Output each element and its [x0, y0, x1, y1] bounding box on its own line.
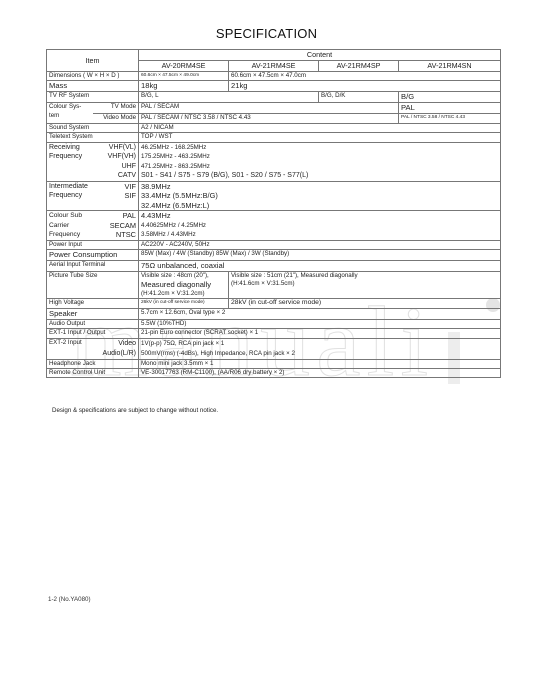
model-header: AV-20RM4SE — [139, 61, 229, 72]
label: Aerial Input Terminal — [47, 261, 139, 272]
row-headphone: Headphone Jack Mono mini jack 3.5mm × 1 — [47, 359, 501, 368]
model-header: AV-21RM4SE — [229, 61, 319, 72]
label: Receiving Frequency — [47, 142, 93, 181]
value: 38.9MHz 33.4MHz (5.5MHz:B/G) 32.4MHz (6.… — [139, 181, 501, 211]
model-header: AV-21RM4SN — [399, 61, 501, 72]
value: 75Ω unbalanced, coaxial — [139, 261, 501, 272]
row-mass: Mass 18kg 21kg — [47, 81, 501, 92]
video-value: 1V(p-p) 75Ω, RCA pin jack × 1 — [141, 339, 498, 349]
label: Mass — [47, 81, 139, 92]
label: Power Consumption — [47, 250, 139, 261]
row-teletext: Teletext System TOP / WST — [47, 133, 501, 142]
sublabel: VIF SIF — [93, 181, 139, 211]
audio-value: 500mV(rms) (-4dBs), High Impedance, RCA … — [141, 349, 498, 359]
value: 28kV (in cut-off service mode) — [229, 299, 501, 308]
label: Picture Tube Size — [47, 272, 139, 299]
sublabel: TV Mode — [93, 103, 139, 114]
freq: 3.58MHz / 4.43MHz — [141, 230, 498, 240]
value: 21kg — [229, 81, 501, 92]
label: Colour Sys-tem — [47, 103, 93, 123]
value: VE-30017763 (RM-C1100), (AA/R06 dry batt… — [139, 368, 501, 377]
model-header: AV-21RM4SP — [319, 61, 399, 72]
label: Audio Output — [47, 319, 139, 328]
band: VHF(VL) — [95, 143, 137, 153]
sif: 32.4MHz (6.5MHz:L) — [141, 201, 498, 211]
line: (H:41.2cm × V:31.2cm) — [141, 290, 226, 298]
disclaimer-note: Design & specifications are subject to c… — [52, 407, 218, 414]
freq: S01 - S41 / S75 - S79 (B/G), S01 - S20 /… — [141, 171, 498, 181]
line: Measured diagonally — [141, 280, 226, 290]
band: UHF — [95, 162, 137, 172]
vif-label: VIF — [95, 182, 137, 192]
header-content: Content — [139, 50, 501, 61]
row-colour-tv: Colour Sys-tem TV Mode PAL / SECAM PAL — [47, 103, 501, 114]
value: PAL / SECAM — [139, 103, 399, 114]
value: TOP / WST — [139, 133, 501, 142]
vif: 38.9MHz — [141, 182, 498, 192]
value: PAL / NTSC 3.58 / NTSC 4.43 — [399, 114, 501, 123]
label: TV RF System — [47, 92, 139, 103]
row-picture-tube: Picture Tube Size Visible size : 48cm (2… — [47, 272, 501, 299]
value: 85W (Max) / 4W (Standby) 85W (Max) / 3W … — [139, 250, 501, 261]
label: Speaker — [47, 308, 139, 319]
header-row: Item Content — [47, 50, 501, 61]
label: High Voltage — [47, 299, 139, 308]
page-footer: 1-2 (No.YA080) — [48, 596, 91, 603]
std: NTSC — [95, 230, 137, 240]
row-sound: Sound System A2 / NICAM — [47, 123, 501, 132]
row-aerial: Aerial Input Terminal 75Ω unbalanced, co… — [47, 261, 501, 272]
label: Headphone Jack — [47, 359, 139, 368]
value: Visible size : 48cm (20"), Measured diag… — [139, 272, 229, 299]
row-intermediate: Intermediate Frequency VIF SIF 38.9MHz 3… — [47, 181, 501, 211]
value: B/G, L — [139, 92, 319, 103]
sif: 33.4MHz (5.5MHz:B/G) — [141, 191, 498, 201]
freq: 4.43MHz — [141, 211, 498, 221]
value: B/G, D/K — [319, 92, 399, 103]
std: PAL — [95, 211, 137, 221]
label: EXT-1 Input / Output — [47, 329, 139, 338]
label: Teletext System — [47, 133, 139, 142]
line: (H:41.6cm × V:31.5cm) — [231, 280, 498, 288]
row-dimensions: Dimensions ( W × H × D ) 60.6cm × 47.5cm… — [47, 72, 501, 81]
row-high-voltage: High Voltage 26kV (in cut-off service mo… — [47, 299, 501, 308]
value: 5.5W (10%THD) — [139, 319, 501, 328]
row-colour-sub: Colour Sub Carrier Frequency PAL SECAM N… — [47, 211, 501, 241]
row-power-consumption: Power Consumption 85W (Max) / 4W (Standb… — [47, 250, 501, 261]
value: 5.7cm × 12.6cm, Oval type × 2 — [139, 308, 501, 319]
sublabel: VHF(VL) VHF(VH) UHF CATV — [93, 142, 139, 181]
label: Intermediate Frequency — [47, 181, 93, 211]
row-ext2: EXT-2 Input Video Audio(L/R) 1V(p-p) 75Ω… — [47, 338, 501, 359]
value: 46.25MHz - 168.25MHz 175.25MHz - 463.25M… — [139, 142, 501, 181]
label: Sound System — [47, 123, 139, 132]
value: 26kV (in cut-off service mode) — [139, 299, 229, 308]
value: 4.43MHz 4.40625MHz / 4.25MHz 3.58MHz / 4… — [139, 211, 501, 241]
value: AC220V - AC240V, 50Hz — [139, 240, 501, 249]
value: 21-pin Euro connector (SCRAT socket) × 1 — [139, 329, 501, 338]
value: 1V(p-p) 75Ω, RCA pin jack × 1 500mV(rms)… — [139, 338, 501, 359]
freq: 46.25MHz - 168.25MHz — [141, 143, 498, 153]
value: Mono mini jack 3.5mm × 1 — [139, 359, 501, 368]
row-power-input: Power Input AC220V - AC240V, 50Hz — [47, 240, 501, 249]
value: PAL / SECAM / NTSC 3.58 / NTSC 4.43 — [139, 114, 399, 123]
header-item: Item — [47, 50, 139, 72]
label: EXT-2 Input — [47, 338, 93, 359]
value: PAL — [399, 103, 501, 114]
value: 60.6cm × 47.5cm × 47.0cm — [229, 72, 501, 81]
band: VHF(VH) — [95, 152, 137, 162]
spec-table: Item Content AV-20RM4SE AV-21RM4SE AV-21… — [46, 49, 501, 378]
sif-label: SIF — [95, 191, 137, 201]
line: Visible size : 48cm (20"), — [141, 272, 226, 280]
line: Visible size : 51cm (21"), Measured diag… — [231, 272, 498, 280]
label: Dimensions ( W × H × D ) — [47, 72, 139, 81]
row-tv-rf: TV RF System B/G, L B/G, D/K B/G — [47, 92, 501, 103]
row-receiving: Receiving Frequency VHF(VL) VHF(VH) UHF … — [47, 142, 501, 181]
row-ext1: EXT-1 Input / Output 21-pin Euro connect… — [47, 329, 501, 338]
row-colour-video: Video Mode PAL / SECAM / NTSC 3.58 / NTS… — [47, 114, 501, 123]
std: SECAM — [95, 221, 137, 231]
freq: 4.40625MHz / 4.25MHz — [141, 221, 498, 231]
audio-label: Audio(L/R) — [95, 349, 137, 359]
video-label: Video — [95, 339, 137, 349]
row-speaker: Speaker 5.7cm × 12.6cm, Oval type × 2 — [47, 308, 501, 319]
page-title: SPECIFICATION — [0, 26, 533, 41]
sublabel: PAL SECAM NTSC — [93, 211, 139, 241]
band: CATV — [95, 171, 137, 181]
value: 60.6cm × 47.5cm × 49.0cm — [139, 72, 229, 81]
label: Power Input — [47, 240, 139, 249]
row-remote: Remote Control Unit VE-30017763 (RM-C110… — [47, 368, 501, 377]
freq: 175.25MHz - 463.25MHz — [141, 152, 498, 162]
sublabel: Video Mode — [93, 114, 139, 123]
value: Visible size : 51cm (21"), Measured diag… — [229, 272, 501, 299]
freq: 471.25MHz - 863.25MHz — [141, 162, 498, 172]
value: B/G — [399, 92, 501, 103]
value: 18kg — [139, 81, 229, 92]
label: Colour Sub Carrier Frequency — [47, 211, 93, 241]
value: A2 / NICAM — [139, 123, 501, 132]
sublabel: Video Audio(L/R) — [93, 338, 139, 359]
row-audio-output: Audio Output 5.5W (10%THD) — [47, 319, 501, 328]
label: Remote Control Unit — [47, 368, 139, 377]
